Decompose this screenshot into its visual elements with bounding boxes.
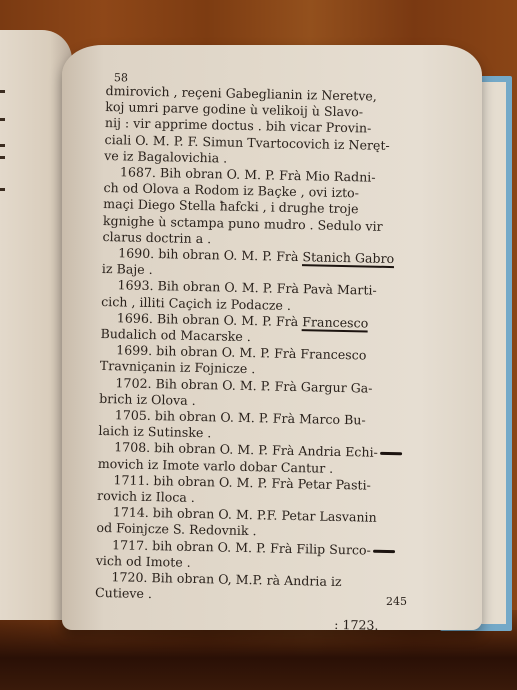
underlined-name: Stanich Gabro (302, 249, 394, 268)
page-text-block: 58 dmirovich , reçeni Gabeglianin iz Ner… (94, 73, 406, 634)
pen-mark-icon (373, 549, 395, 552)
right-page: 58 dmirovich , reçeni Gabeglianin iz Ner… (62, 45, 482, 630)
left-page-text-fragment (0, 156, 5, 159)
underlined-name: Francesco (302, 314, 368, 332)
left-page-text-fragment (0, 118, 5, 121)
page-number: 245 (386, 595, 407, 608)
left-page-text-fragment (0, 90, 5, 93)
left-page-text-fragment (0, 144, 5, 147)
left-page-text-fragment (0, 188, 5, 191)
pen-mark-icon (380, 452, 402, 455)
